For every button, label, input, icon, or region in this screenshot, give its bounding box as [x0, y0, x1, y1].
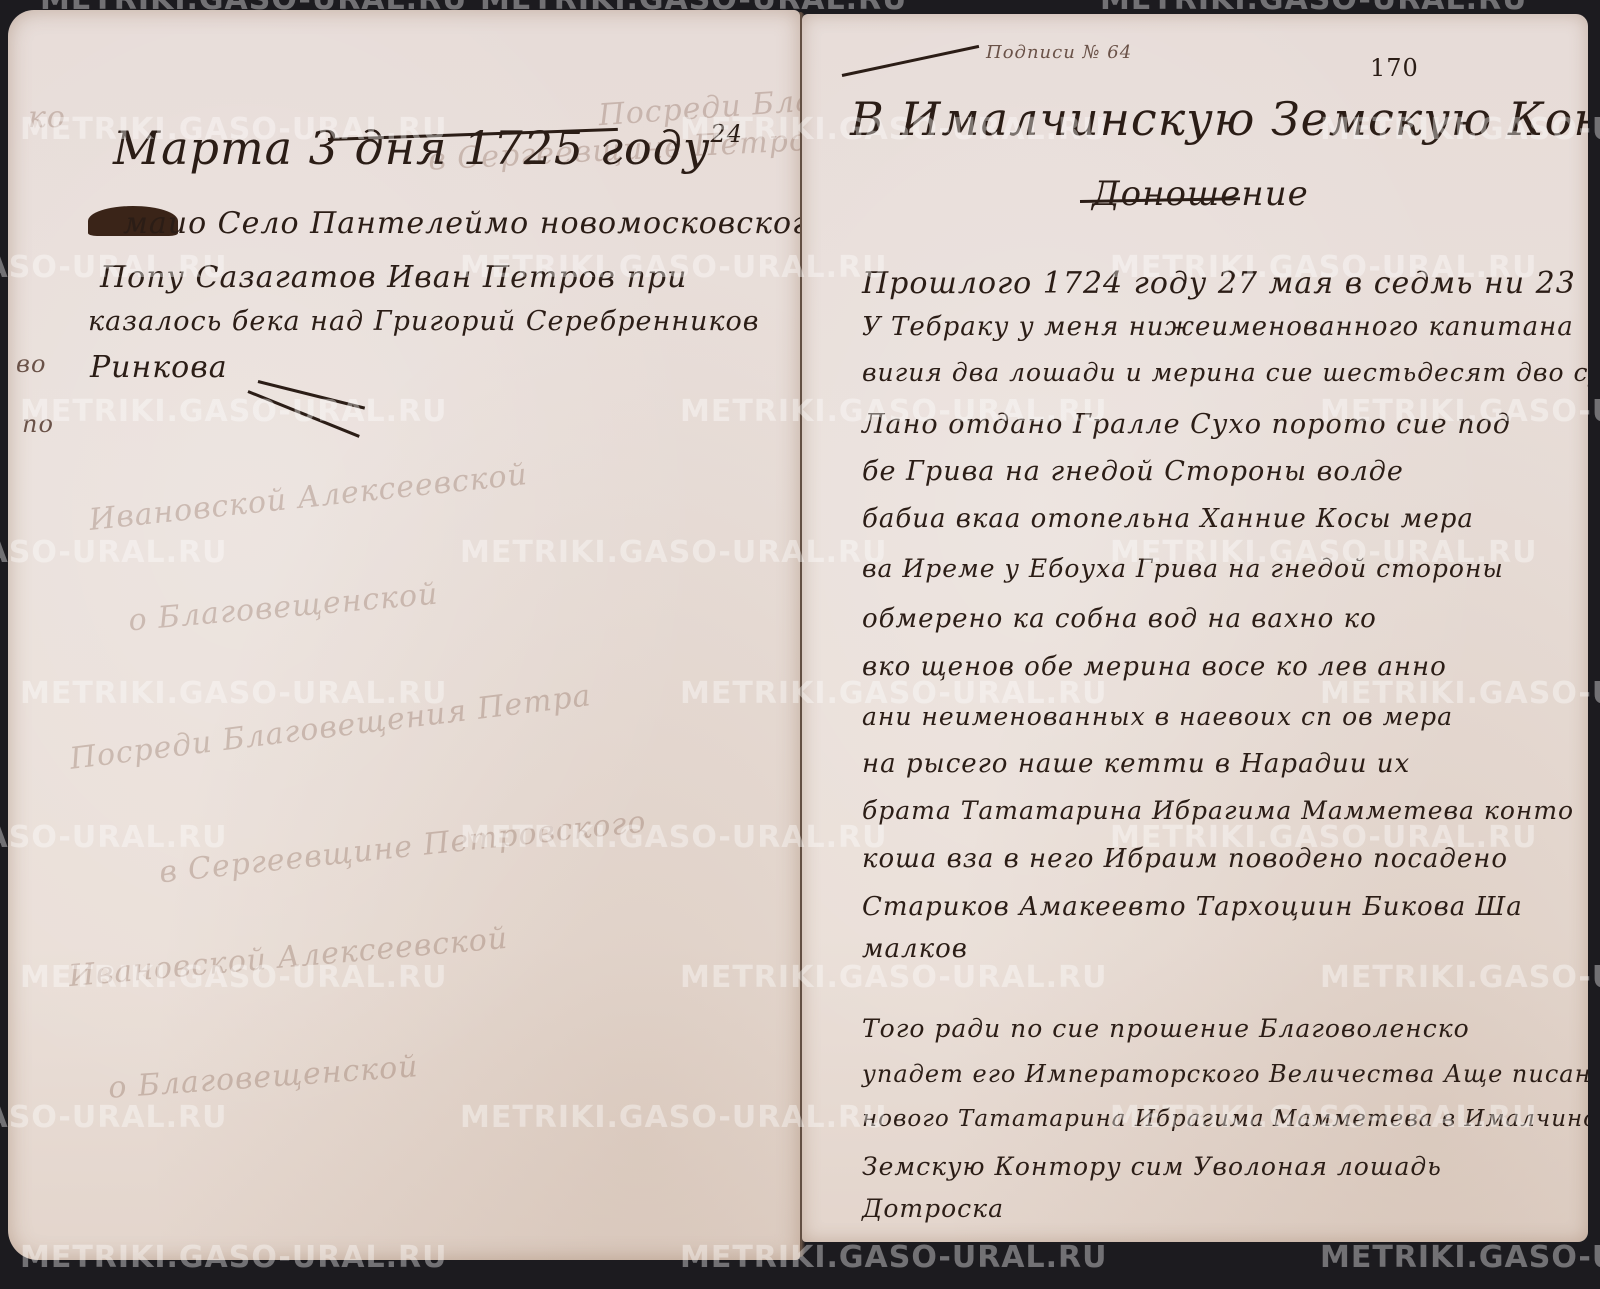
entry-line: казалось бека над Григорий Серебренников — [88, 306, 760, 337]
entry-line: маио Село Пантелеймо новомосковского — [123, 206, 800, 241]
closing-line: Того ради по сие прошение Благоволенско — [862, 1014, 1470, 1043]
archive-note: Подписи № 64 — [986, 42, 1132, 63]
bleed-through-text: о Благовещенской — [127, 577, 440, 639]
closing-line: Дотроска — [862, 1194, 1004, 1223]
bleed-through-text: в Сергеевщине Петровского — [158, 805, 649, 891]
margin-note: ко — [28, 100, 66, 135]
body-line: малков — [862, 934, 968, 964]
entry-line: Ринкова — [90, 350, 228, 385]
body-line: обмерено ка собна вод на вахно ко — [862, 604, 1377, 634]
body-line: Стариков Амакеевто Тархоциин Бикова Ша — [862, 892, 1523, 922]
folio-number: 170 — [1370, 54, 1419, 82]
closing-line: Земскую Контору сим Уволоная лошадь — [862, 1152, 1442, 1181]
entry-date-heading: Марта 3 дня 1725 году24 — [113, 120, 743, 175]
bleed-through-text: Посреди Благовещения Петра — [68, 678, 593, 777]
body-line: бабиа вкаа отопельна Ханние Косы мера — [862, 504, 1474, 534]
title-flourish — [842, 45, 980, 77]
body-line: Прошлого 1724 году 27 мая в седмь ни 23 … — [862, 266, 1588, 301]
body-line: ани неименованных в наевоих сп ов мера — [862, 702, 1453, 731]
watermark: METRIKI.GASO-URAL.RU — [1320, 1240, 1600, 1275]
body-line: вко щенов обе мерина восе ко лев анно — [862, 652, 1447, 682]
margin-note: во — [16, 350, 46, 378]
left-page: Посреди Благовещения Петра в Сергеевщине… — [8, 10, 800, 1260]
body-line: коша вза в него Ибраим поводено посадено — [862, 844, 1508, 874]
bleed-through-text: Ивановской Алексеевской — [87, 457, 529, 538]
body-line: вигия два лошади и мерина сие шестьдесят… — [862, 358, 1588, 387]
body-line: ва Иреме у Ебоуха Грива на гнедой сторон… — [862, 554, 1504, 583]
body-line: бе Грива на гнедой Стороны волде — [862, 456, 1404, 487]
signature-flourish — [247, 390, 359, 438]
closing-line: нового Тататарина Ибрагима Мамметева в И… — [862, 1106, 1588, 1132]
right-page: Подписи № 64 170 В Ималчинскую Земскую К… — [802, 14, 1588, 1242]
entry-line: Попу Сазагатов Иван Петров при — [100, 260, 687, 295]
heading-superscript: 24 — [711, 120, 744, 148]
body-line: Лано отдано Гралле Сухо порото сие под — [862, 409, 1511, 440]
document-subtitle: Доношение — [1092, 174, 1309, 214]
body-line: У Тебраку у меня нижеименованного капита… — [862, 312, 1574, 342]
body-line: на рысего наше кетти в Нарадии их — [862, 749, 1410, 779]
document-title: В Ималчинскую Земскую Контору — [850, 92, 1588, 146]
margin-note: по — [22, 410, 54, 438]
closing-line: упадет его Императорского Величества Аще… — [862, 1060, 1588, 1088]
signature-flourish — [258, 380, 365, 410]
bleed-through-text: о Благовещенской — [107, 1049, 419, 1106]
bleed-through-text: Ивановской Алексеевской — [67, 921, 509, 994]
body-line: брата Тататарина Ибрагима Мамметева конт… — [862, 796, 1574, 825]
